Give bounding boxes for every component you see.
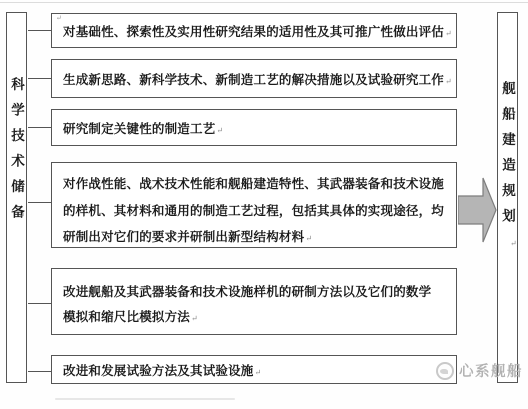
- right-block-arrow-icon: [458, 177, 497, 243]
- watermark-text: 心系舰船: [459, 360, 523, 381]
- paragraph-mark: ↵: [255, 368, 262, 377]
- paragraph-mark: ↵: [56, 14, 62, 22]
- watermark-logo-icon: [436, 362, 454, 380]
- task-box-2: 生成新思路、新科学技术、新制造工艺的解决措施以及试验研究工作↵: [51, 59, 457, 98]
- paragraph-mark: ↵: [216, 126, 223, 135]
- left-category-label: 科学技术储备: [7, 13, 26, 230]
- paragraph-mark: ↵: [191, 314, 198, 323]
- task-box-5: 改进舰船及其武器装备和技术设施样机的研制方法以及它们的数学 模拟和缩尺比模拟方法…: [51, 268, 457, 335]
- task-box-2-text: 生成新思路、新科学技术、新制造工艺的解决措施以及试验研究工作↵: [52, 70, 456, 88]
- task-box-1-text: 对基础性、探索性及实用性研究结果的适用性及其可推广性做出评估↵: [52, 22, 456, 40]
- bottom-shadow-line: [55, 398, 235, 400]
- paragraph-mark: ↵: [305, 234, 312, 243]
- right-result-label: 舰船建造规划: [498, 13, 517, 234]
- task-box-6: 改进和发展试验方法及其试验设施↵: [51, 355, 457, 384]
- task-box-6-text: 改进和发展试验方法及其试验设施↵: [52, 361, 265, 379]
- connector-line-2: [28, 78, 51, 79]
- task-box-5-text-line-1: 改进舰船及其武器装备和技术设施样机的研制方法以及它们的数学: [52, 280, 456, 305]
- flow-diagram: 科学技术储备 ↵ ↵ 对基础性、探索性及实用性研究结果的适用性及其可推广性做出评…: [0, 0, 528, 409]
- connector-line-1: [28, 30, 51, 31]
- connector-line-5: [28, 303, 51, 304]
- task-box-3-text: 研究制定关键性的制造工艺↵: [52, 119, 227, 137]
- paragraph-mark: ↵: [445, 77, 452, 86]
- paragraph-mark: ↵: [445, 29, 452, 38]
- task-box-4-text-line-2: 的样机、其材料和通用的制造工艺过程，包括其具体的实现途径，均: [52, 198, 456, 225]
- connector-line-6: [28, 371, 51, 372]
- watermark: 心系舰船: [436, 360, 523, 381]
- connector-line-4: [28, 202, 51, 203]
- task-box-3: 研究制定关键性的制造工艺↵: [51, 109, 457, 146]
- paragraph-mark: ↵: [18, 211, 25, 382]
- right-result-box: 舰船建造规划 ↵: [497, 12, 518, 383]
- connector-line-3: [28, 127, 51, 128]
- task-box-4-text-line-1: 对作战性能、战术技术性能和舰船建造特性、其武器装备和技术设施: [52, 171, 456, 198]
- left-category-box: 科学技术储备 ↵: [6, 12, 27, 383]
- task-box-1: ↵ 对基础性、探索性及实用性研究结果的适用性及其可推广性做出评估↵: [51, 13, 457, 48]
- task-box-4: 对作战性能、战术技术性能和舰船建造特性、其武器装备和技术设施 的样机、其材料和通…: [51, 162, 457, 248]
- task-box-5-text-line-2: 模拟和缩尺比模拟方法↵: [52, 305, 456, 331]
- top-border-line: [0, 2, 528, 3]
- task-box-4-text-line-3: 研制出对它们的要求并研制出新型结构材料↵: [52, 224, 456, 253]
